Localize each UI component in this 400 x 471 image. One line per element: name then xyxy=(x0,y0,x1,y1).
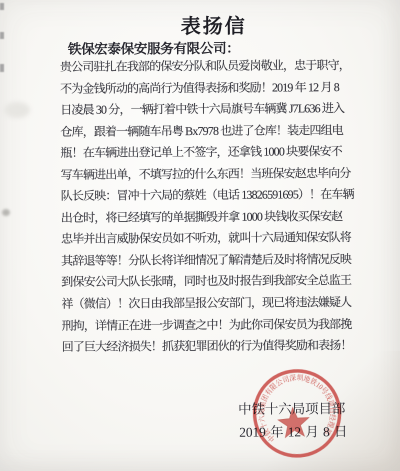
body-line: 队长反映：冒冲十六局的蔡姓（电话 13826591695）！在车辆 xyxy=(61,184,357,207)
letter-body: 贵公司驻扎在我部的保安分队和队员爱岗敬业，忠于职守， 不为金钱所动的高尚行为值得… xyxy=(60,55,358,358)
body-line: 不为金钱所动的高尚行为值得表扬和奖励！2019 年 12 月 8 xyxy=(60,77,356,100)
body-line: 到保安公司大队长张晴，同时也及时报告到我部安全总监王 xyxy=(61,271,357,294)
body-line: 出仓时，将已经填写的单据撕毁并拿 1000 块钱收买保安赵 xyxy=(61,206,357,229)
body-line: 其辞退等等！分队长将详细情况了解清楚后及时将情况反映 xyxy=(61,249,357,272)
body-line: 刑拘，详情正在进一步调查之中！为此你司保安员为我部挽 xyxy=(61,314,357,337)
body-line: 写车辆进出单，不填写拉的什么东西！当班保安赵忠毕向分 xyxy=(61,163,357,186)
official-seal: 中铁十六局集团有限公司深圳地铁10号线项目经理部 xyxy=(248,364,347,463)
commendation-letter: 表扬信 铁保宏泰保安服务有限公司： 贵公司驻扎在我部的保安分队和队员爱岗敬业，忠… xyxy=(0,0,400,471)
document-photo: 表扬信 铁保宏泰保安服务有限公司： 贵公司驻扎在我部的保安分队和队员爱岗敬业，忠… xyxy=(0,0,400,471)
star-icon xyxy=(277,407,310,438)
letter-addressee: 铁保宏泰保安服务有限公司： xyxy=(68,37,240,58)
body-line: 回了巨大经济损失！抓获犯罪团伙的行为值得奖励和表扬！ xyxy=(62,335,358,358)
body-line: 祥（微信）！次日由我部呈报公安部门，现已将违法嫌疑人 xyxy=(61,292,357,315)
body-line: 贵公司驻扎在我部的保安分队和队员爱岗敬业，忠于职守， xyxy=(60,55,356,78)
body-line: 仓库，跟着一辆随车吊粤 Bx7978 也进了仓库！装走四组电 xyxy=(60,120,356,143)
body-line: 忠毕并出言威胁保安员如不听劝，就叫十六局通知保安队将 xyxy=(61,227,357,250)
letter-title: 表扬信 xyxy=(0,9,400,41)
body-line: 日凌晨 30 分，一辆打着中铁十六局旗号车辆冀 J7L636 进入 xyxy=(60,98,356,121)
body-line: 瓶！在车辆进出登记单上不签字，还拿钱 1000 块要保安不 xyxy=(60,141,356,164)
